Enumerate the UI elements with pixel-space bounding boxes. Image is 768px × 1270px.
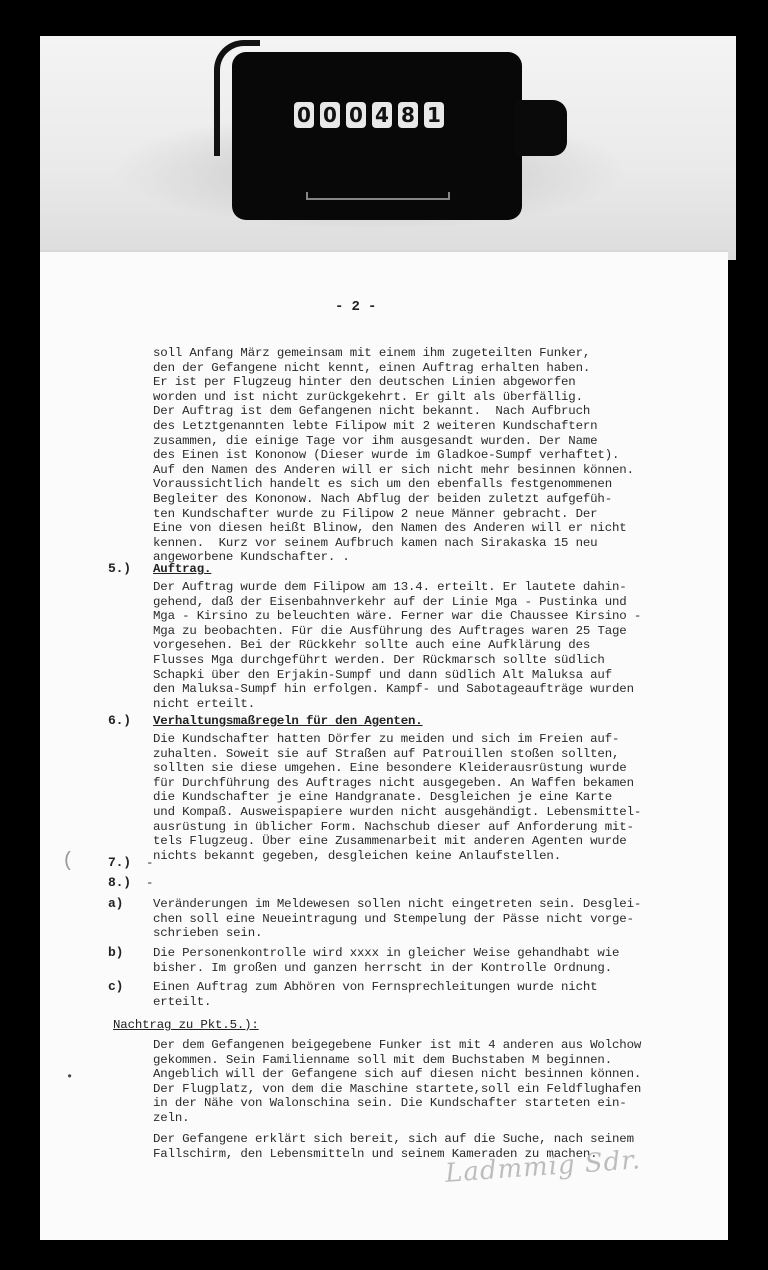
margin-dot: • [66, 1070, 73, 1084]
counter-digit: 4 [372, 102, 392, 128]
counter-digit: 0 [346, 102, 366, 128]
addendum-heading: Nachtrag zu Pkt.5.): [113, 1018, 259, 1033]
section-number: 7.) [108, 856, 131, 871]
counter-knob [515, 100, 567, 156]
counter-digit: 0 [294, 102, 314, 128]
subitem-text: Einen Auftrag zum Abhören von Fernsprech… [153, 980, 597, 1009]
counter-digits: 0 0 0 4 8 1 [294, 102, 444, 128]
page-number: - 2 - [335, 300, 376, 315]
subitem-label: a) [108, 897, 123, 912]
section-body: Der Auftrag wurde dem Filipow am 13.4. e… [153, 580, 641, 711]
counter-digit: 1 [424, 102, 444, 128]
section-number: 5.) [108, 562, 131, 577]
subitem-label: c) [108, 980, 123, 995]
subitem-label: b) [108, 946, 123, 961]
section-heading: Auftrag. [153, 562, 211, 577]
section-number: 6.) [108, 714, 131, 729]
section-heading: Verhaltungsmaßregeln für den Agenten. [153, 714, 423, 729]
subitem-text: Veränderungen im Meldewesen sollen nicht… [153, 897, 641, 941]
intro-paragraph: soll Anfang März gemeinsam mit einem ihm… [153, 346, 634, 565]
counter-digit: 8 [398, 102, 418, 128]
addendum-paragraph: Der dem Gefangenen beigegebene Funker is… [153, 1038, 641, 1126]
section-number: 8.) [108, 876, 131, 891]
counter-bracket-mark [306, 192, 450, 200]
subitem-text: Die Personenkontrolle wird xxxx in gleic… [153, 946, 619, 975]
counter-digit: 0 [320, 102, 340, 128]
frame-counter: 0 0 0 4 8 1 [232, 52, 522, 220]
section-body: - [146, 876, 153, 891]
section-body: Die Kundschafter hatten Dörfer zu meiden… [153, 732, 641, 863]
document-page: - 2 - soll Anfang März gemeinsam mit ein… [40, 252, 728, 1240]
margin-mark: ( [62, 850, 74, 873]
section-body: - [146, 856, 153, 871]
